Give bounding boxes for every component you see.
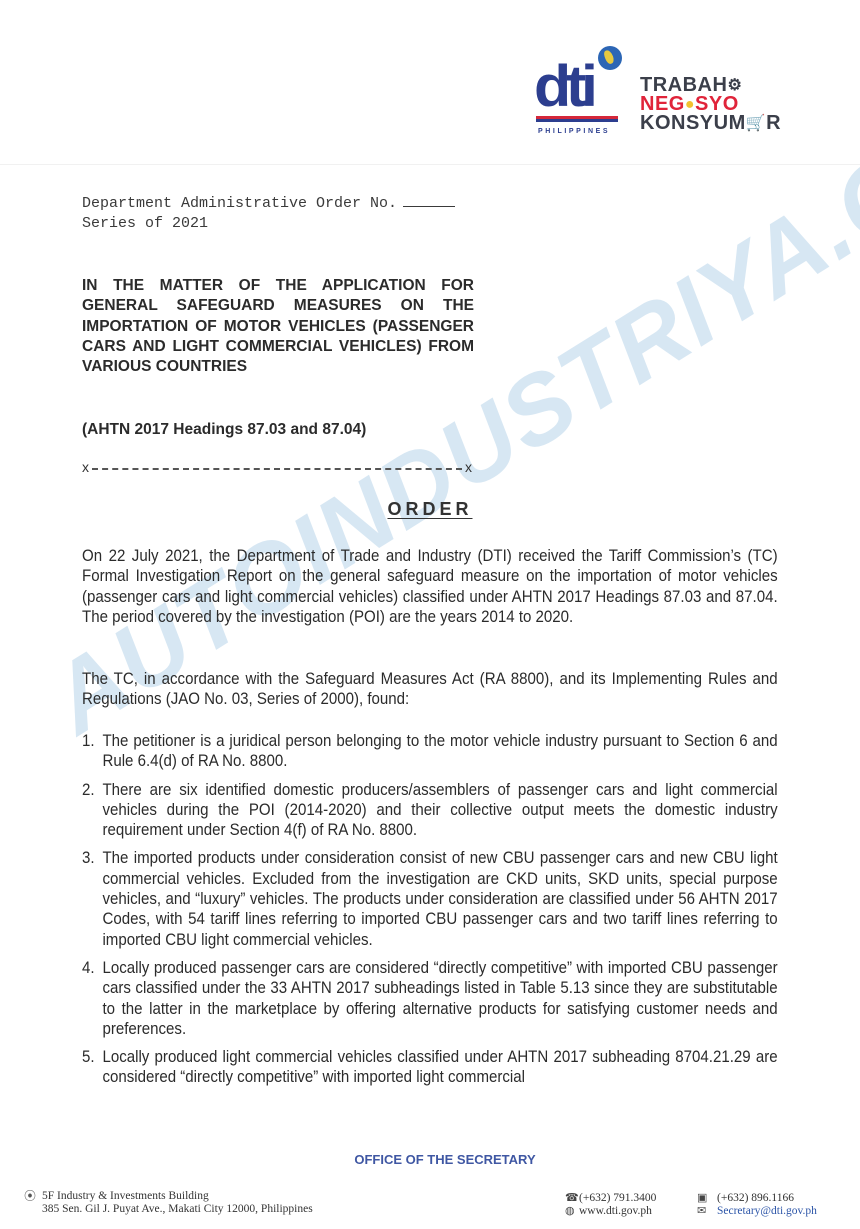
finding-item: 2.There are six identified domestic prod… [82,780,778,841]
telephone-icon: ☎ [565,1192,579,1205]
order-heading-text: ORDER [387,499,472,519]
findings-list: 1.The petitioner is a juridical person b… [82,731,778,1096]
fax-icon: ▣ [697,1192,717,1205]
website-link[interactable]: www.dti.gov.ph [579,1205,697,1218]
separator-left: x [82,459,89,475]
phone-number: (+632) 791.3400 [579,1192,697,1205]
dti-logo: dti PHILIPPINES [534,56,620,136]
slogan-logo: TRABAH⚙ NEG●SYO KONSYUM🛒R [640,76,781,133]
slogan-line3-b: R [766,112,781,134]
globe-icon: ◍ [565,1205,579,1218]
finding-number: 5. [82,1047,95,1067]
order-number-blank [403,194,455,207]
dti-logo-subtitle: PHILIPPINES [538,128,610,135]
finding-item: 3.The imported products under considerat… [82,848,778,949]
shopping-cart-icon: 🛒 [746,114,766,133]
slogan-line3-a: KONSYUM [640,112,746,134]
finding-number: 3. [82,848,95,868]
finding-text: Locally produced light commercial vehicl… [102,1048,777,1086]
fax-number: (+632) 896.1166 [717,1192,817,1205]
finding-item: 1.The petitioner is a juridical person b… [82,731,778,772]
paragraph-intro: On 22 July 2021, the Department of Trade… [82,546,778,627]
order-number-label: Department Administrative Order No. [82,195,397,212]
footer-contact: ☎ (+632) 791.3400 ▣ (+632) 896.1166 ◍ ww… [565,1192,817,1218]
finding-text: The petitioner is a juridical person bel… [102,732,777,770]
finding-text: The imported products under consideratio… [102,849,777,948]
watermark: AUTOINDUSTRIYA.COM [30,46,860,756]
finding-item: 4.Locally produced passenger cars are co… [82,958,778,1039]
paragraph-findings-intro: The TC, in accordance with the Safeguard… [82,669,778,710]
order-heading: ORDER [0,499,860,520]
finding-number: 4. [82,958,95,978]
finding-number: 1. [82,731,95,751]
document-subtitle: (AHTN 2017 Headings 87.03 and 87.04) [82,421,366,439]
finding-number: 2. [82,780,95,800]
office-label: OFFICE OF THE SECRETARY [0,1152,860,1167]
envelope-icon: ✉ [697,1205,717,1218]
address-line-2: 385 Sen. Gil J. Puyat Ave., Makati City … [42,1203,313,1216]
email-link[interactable]: Secretary@dti.gov.ph [717,1205,817,1218]
dti-logo-text: dti [534,62,593,112]
separator-right: x [465,459,472,475]
header-logo: dti PHILIPPINES TRABAH⚙ NEG●SYO KONSYUM🛒… [534,44,824,139]
document-title: IN THE MATTER OF THE APPLICATION FOR GEN… [82,276,474,377]
header-divider [0,164,860,165]
map-pin-icon: ⦿ [24,1190,36,1203]
globe-icon [598,46,622,70]
order-number-block: Department Administrative Order No. Seri… [82,194,455,234]
dti-logo-bar [536,116,618,122]
footer-address: ⦿ 5F Industry & Investments Building 385… [24,1190,313,1216]
finding-text: There are six identified domestic produc… [102,781,777,840]
finding-item: 5.Locally produced light commercial vehi… [82,1047,778,1088]
address-line-1: 5F Industry & Investments Building [42,1190,313,1203]
finding-text: Locally produced passenger cars are cons… [102,959,777,1038]
series-label: Series of 2021 [82,214,455,234]
separator-line: x x [82,459,472,475]
